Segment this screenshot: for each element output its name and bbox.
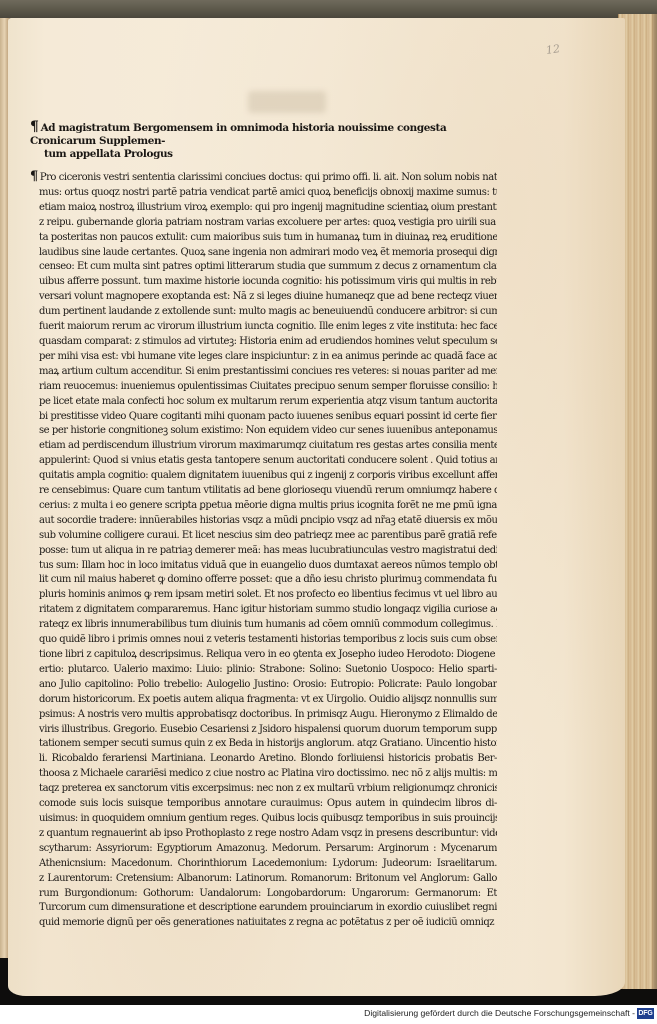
body-line: maꝝ artium cultum accenditur. Si enim pr… (30, 365, 497, 380)
body-line: Athenicnsium: Macedonum. Chorinthiorum L… (30, 857, 497, 872)
body-line: rum Burgondionum: Gothorum: Uandalorum: … (30, 887, 497, 902)
body-line: se per historie congnitioneꝫ solum exist… (30, 424, 497, 439)
body-line: fuerit maiorum rerum ac virorum illustri… (30, 320, 497, 335)
pilcrow-icon: ¶ (30, 170, 38, 184)
body-line: ¶Pro ciceronis vestri sententia clarissi… (30, 170, 497, 186)
pilcrow-icon: ¶ (30, 119, 39, 135)
body-line: ertio: plutarco. Ualerio maximo: Liuio: … (30, 663, 497, 678)
ink-show-through (248, 91, 326, 113)
book-page: 12 ¶Ad magistratum Bergomensem in omnimo… (8, 18, 625, 996)
body-line: rateqz ex libris innumerabilibus tum diu… (30, 618, 497, 633)
body-line: etiam maioꝝ nostroꝝ illustrium viroꝝ exe… (30, 201, 497, 216)
book-scan: 12 ¶Ad magistratum Bergomensem in omnimo… (0, 0, 657, 1005)
body-line: comode suis locis suisque temporibus ann… (30, 797, 497, 812)
body-line: pe licet etate mala confecti hoc solum e… (30, 395, 497, 410)
body-line: riam reuocemus: inueniemus opulentissima… (30, 380, 497, 395)
handwritten-folio-number: 12 (545, 42, 561, 57)
body-line: posse: tum ut aliqua in re patriaꝫ demer… (30, 544, 497, 559)
body-line: etiam ad perdiscendum illustrium virorum… (30, 439, 497, 454)
body-line: tione libri z capituloꝝ descripsimus. Re… (30, 648, 497, 663)
body-line: viris illustribus. Gregorio. Eusebio Ces… (30, 723, 497, 738)
body-line: ritatem z dignitatem compararemus. Hanc … (30, 603, 497, 618)
body-line: laudibus sine laude certantes. Quoꝝ sane… (30, 246, 497, 261)
body-line: quasdam comparat: z stimulos ad virtuteꝫ… (30, 335, 497, 350)
body-line: quitatis ampla cognitio: qualem dignitat… (30, 469, 497, 484)
body-line: dum pertinent laudande z extollende sunt… (30, 305, 497, 320)
heading-line-1: Ad magistratum Bergomensem in omnimoda h… (30, 122, 446, 147)
body-line: uibus afferre possunt. tum maxime histor… (30, 275, 497, 290)
dfg-logo: DFG (637, 1008, 654, 1019)
body-line: ta posteritas non paucos extulit: cum ma… (30, 231, 497, 246)
body-line: re censebimus: Quare cum tantum vtilitat… (30, 484, 497, 499)
body-line: lit cum nil maius haberet ꝙ domino offer… (30, 573, 497, 588)
body-line: li. Ricobaldo ferariensi Martiniana. Leo… (30, 752, 497, 767)
body-line: ano Julio capitolino: Polio trebelio: Au… (30, 678, 497, 693)
body-line: pluris hominis animos ꝙ rem ipsam metiri… (30, 588, 497, 603)
body-line: censeo: Et cum multa sint patres optimi … (30, 260, 497, 275)
body-line: thoosa z Michaele carariẽsi medico z ciu… (30, 767, 497, 782)
scan-viewer: 12 ¶Ad magistratum Bergomensem in omnimo… (0, 0, 657, 1024)
funding-credit-text: Digitalisierung gefördert durch die Deut… (364, 1008, 635, 1018)
body-line: appulerint: Quod si vnius etatis gesta t… (30, 454, 497, 469)
body-line: z Laurentorum: Cretensium: Albanorum: La… (30, 872, 497, 887)
body-line: quo quidẽ libro i primis omnes noui z ve… (30, 633, 497, 648)
body-line: versari volunt magnopere exoptanda est: … (30, 290, 497, 305)
body-line: z reipu. gubernande gloria patriam nostr… (30, 216, 497, 231)
body-line: per mihi visa est: vbi humane vite leges… (30, 350, 497, 365)
body-line: bi prestitisse video Quare cogitanti mih… (30, 410, 497, 425)
body-line: mus: ortus quoqz nostri partẽ patria ven… (30, 186, 497, 201)
body-line: Turcorum cum dimensuratione et descripti… (30, 901, 497, 916)
body-line: tationem semper secuti sumus quin z ex B… (30, 737, 497, 752)
body-line: aut socordie tradere: innũerabiles histo… (30, 514, 497, 529)
body-line: dorum historicorum. Ex poetis autem aliq… (30, 693, 497, 708)
prologue-heading: ¶Ad magistratum Bergomensem in omnimoda … (30, 121, 500, 161)
body-line: tus sum: Illam hoc in loco imitatus vidu… (30, 559, 497, 574)
body-line: scytharum: Assyriorum: Egyptiorum Amazon… (30, 842, 497, 857)
body-line: z quantum regnauerint ab ipso Prothoplas… (30, 827, 497, 842)
heading-line-2: tum appellata Prologus (30, 148, 173, 160)
digitization-credit-bar: Digitalisierung gefördert durch die Deut… (0, 1005, 657, 1024)
body-line: cerius: z multa i eo genere scripta ꝑpet… (30, 499, 497, 514)
body-line: sub volumine colligere curaui. Et licet … (30, 529, 497, 544)
prologue-body-text: ¶Pro ciceronis vestri sententia clarissi… (30, 170, 497, 931)
body-line: taqz preterea ex sanctorum vitis excerps… (30, 782, 497, 797)
body-line: quid memorie dignũ per oẽs generationes … (30, 916, 497, 931)
body-line: psimus: A nostris vero multis approbatis… (30, 708, 497, 723)
body-line: uisimus: in quoquidem omnium gentium reg… (30, 812, 497, 827)
